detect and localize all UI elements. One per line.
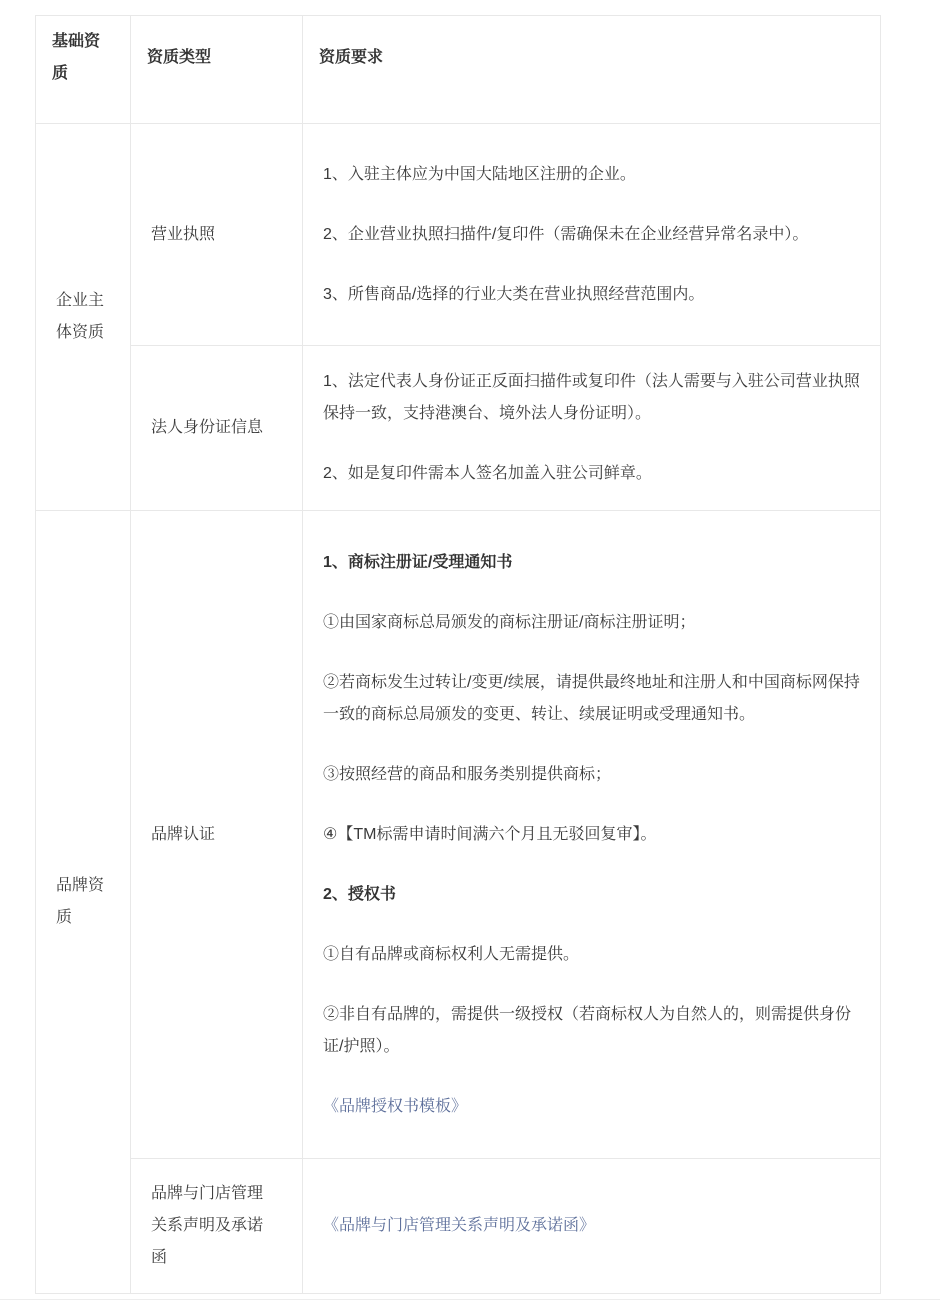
type-cell-business-license: 营业执照 — [131, 124, 303, 346]
header-cell-qualification-type: 资质类型 — [131, 16, 303, 124]
category-brand-qualification-label: 品牌资质 — [56, 870, 110, 934]
requirement-cell-business-license: 1、入驻主体应为中国大陆地区注册的企业。 2、企业营业执照扫描件/复印件（需确保… — [303, 124, 881, 346]
requirement-cell-brand-certification: 1、商标注册证/受理通知书 ①由国家商标总局颁发的商标注册证/商标注册证明； ②… — [303, 511, 881, 1159]
requirement-paragraph: ①自有品牌或商标权利人无需提供。 — [323, 939, 860, 971]
type-cell-legal-person-id: 法人身份证信息 — [131, 346, 303, 511]
qualification-table: 基础资质 资质类型 资质要求 企业主体资质 营业执照 — [35, 15, 881, 1294]
document-page: 基础资质 资质类型 资质要求 企业主体资质 营业执照 — [0, 0, 940, 1314]
header-qualification-type-label: 资质类型 — [147, 49, 211, 66]
table-row-brand-store-statement: 品牌与门店管理关系声明及承诺函 《品牌与门店管理关系声明及承诺函》 — [36, 1159, 881, 1294]
category-enterprise-subject-label: 企业主体资质 — [56, 285, 110, 349]
header-cell-basic-qualification: 基础资质 — [36, 16, 131, 124]
type-cell-brand-certification: 品牌认证 — [131, 511, 303, 1159]
type-brand-certification-label: 品牌认证 — [151, 819, 273, 851]
table-row-legal-person-id: 法人身份证信息 1、法定代表人身份证正反面扫描件或复印件（法人需要与入驻公司营业… — [36, 346, 881, 511]
requirement-paragraph: 3、所售商品/选择的行业大类在营业执照经营范围内。 — [323, 279, 860, 311]
requirement-paragraph: ④【TM标需申请时间满六个月且无驳回复审】。 — [323, 819, 860, 851]
requirement-paragraph: 2、企业营业执照扫描件/复印件（需确保未在企业经营异常名录中）。 — [323, 219, 860, 251]
brand-store-statement-link[interactable]: 《品牌与门店管理关系声明及承诺函》 — [323, 1217, 595, 1234]
type-brand-store-statement-label: 品牌与门店管理关系声明及承诺函 — [151, 1178, 273, 1274]
qualification-table-wrapper: 基础资质 资质类型 资质要求 企业主体资质 营业执照 — [35, 15, 881, 1294]
requirement-paragraph: 《品牌与门店管理关系声明及承诺函》 — [323, 1210, 860, 1242]
table-row-business-license: 企业主体资质 营业执照 1、入驻主体应为中国大陆地区注册的企业。 2、企业营业执… — [36, 124, 881, 346]
table-row-brand-certification: 品牌资质 品牌认证 1、商标注册证/受理通知书 ①由国家商标总局颁发的商标注册证… — [36, 511, 881, 1159]
type-cell-brand-store-statement: 品牌与门店管理关系声明及承诺函 — [131, 1159, 303, 1294]
requirement-paragraph: ①由国家商标总局颁发的商标注册证/商标注册证明； — [323, 607, 860, 639]
category-cell-enterprise-subject: 企业主体资质 — [36, 124, 131, 511]
requirement-paragraph: 1、入驻主体应为中国大陆地区注册的企业。 — [323, 159, 860, 191]
requirement-paragraph: 《品牌授权书模板》 — [323, 1091, 860, 1123]
requirement-paragraph: ②若商标发生过转让/变更/续展，请提供最终地址和注册人和中国商标网保持一致的商标… — [323, 667, 860, 731]
requirement-heading-trademark: 1、商标注册证/受理通知书 — [323, 547, 860, 579]
requirement-cell-brand-store-statement: 《品牌与门店管理关系声明及承诺函》 — [303, 1159, 881, 1294]
requirement-heading-authorization: 2、授权书 — [323, 879, 860, 911]
requirement-cell-legal-person-id: 1、法定代表人身份证正反面扫描件或复印件（法人需要与入驻公司营业执照保持一致，支… — [303, 346, 881, 511]
header-cell-qualification-requirement: 资质要求 — [303, 16, 881, 124]
type-business-license-label: 营业执照 — [151, 219, 273, 251]
header-row: 基础资质 资质类型 资质要求 — [36, 16, 881, 124]
requirement-paragraph: 1、法定代表人身份证正反面扫描件或复印件（法人需要与入驻公司营业执照保持一致，支… — [323, 366, 860, 430]
brand-authorization-template-link[interactable]: 《品牌授权书模板》 — [323, 1098, 467, 1115]
requirement-paragraph: 2、如是复印件需本人签名加盖入驻公司鲜章。 — [323, 458, 860, 490]
page-bottom-divider — [0, 1299, 940, 1300]
requirement-paragraph: ②非自有品牌的，需提供一级授权（若商标权人为自然人的，则需提供身份证/护照）。 — [323, 999, 860, 1063]
category-cell-brand-qualification: 品牌资质 — [36, 511, 131, 1294]
header-qualification-requirement-label: 资质要求 — [319, 49, 383, 66]
header-basic-qualification-label: 基础资质 — [52, 26, 106, 90]
requirement-paragraph: ③按照经营的商品和服务类别提供商标； — [323, 759, 860, 791]
type-legal-person-id-label: 法人身份证信息 — [151, 412, 273, 444]
